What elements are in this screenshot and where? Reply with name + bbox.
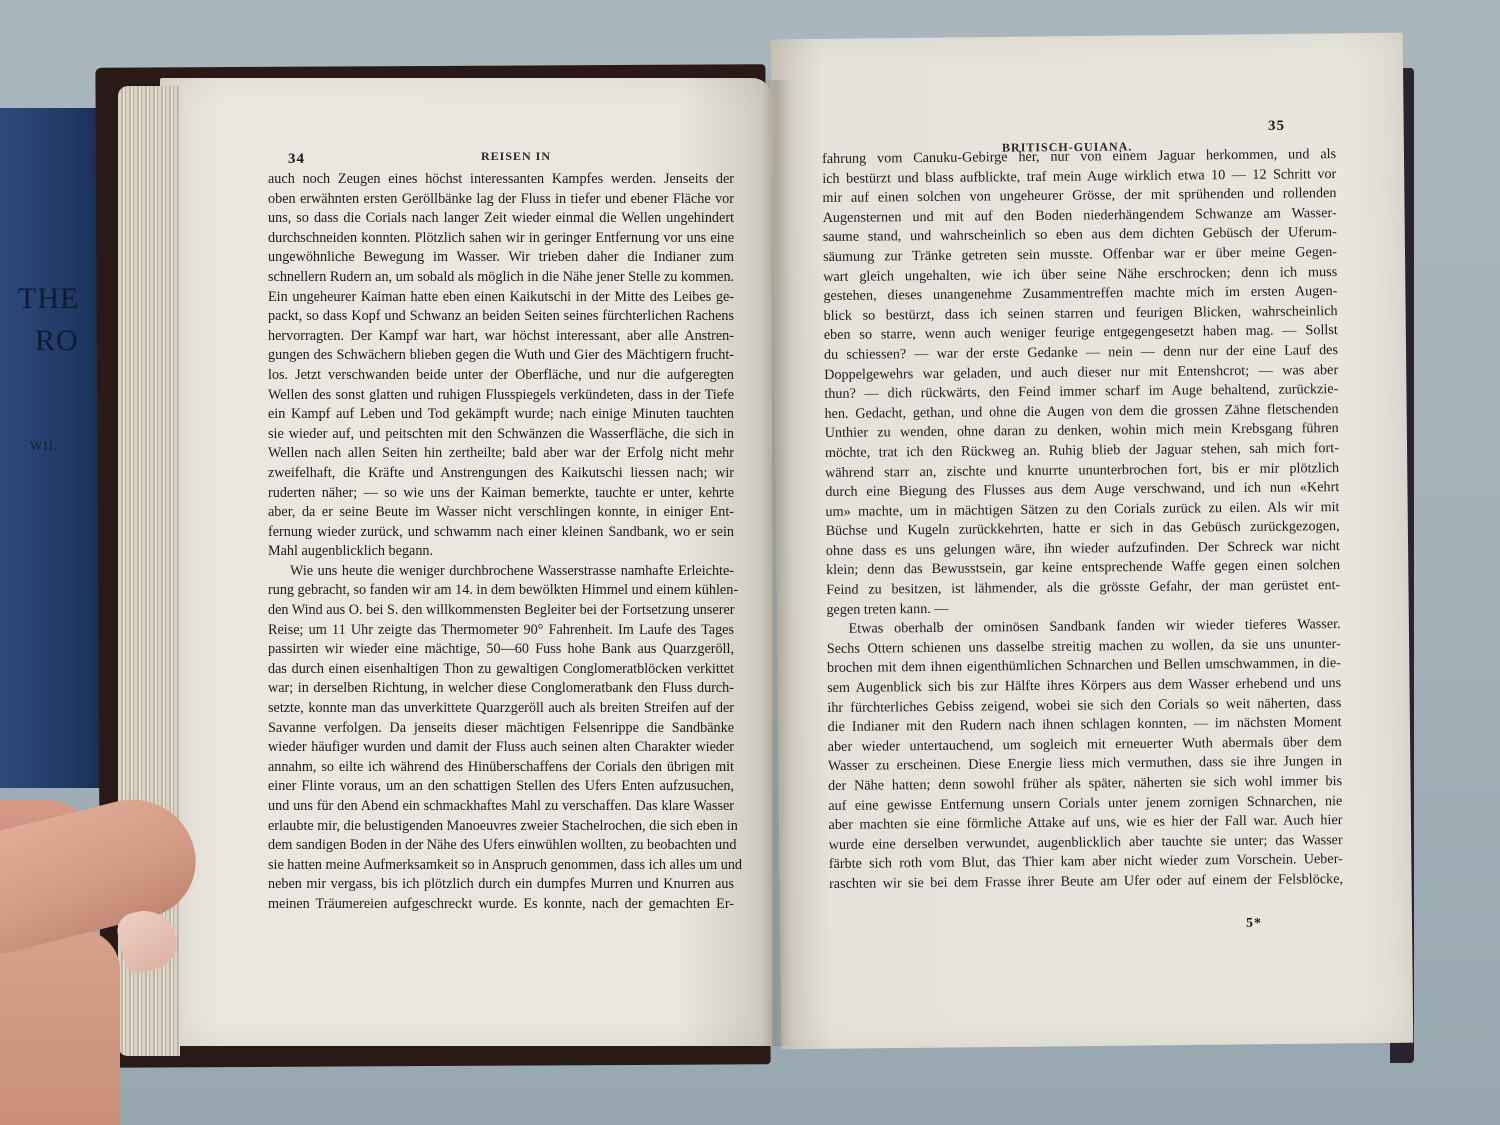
text-line: war; in derselben Richtung, in welcher d… [268, 679, 734, 699]
text-line: uns, so dass die Corials nach langer Zei… [268, 209, 734, 229]
blue-book-subtitle-fragment: WIL [30, 438, 58, 454]
text-line: passirten wir wieder eine mächtige, 50—6… [268, 640, 734, 660]
text-line: ruderten näher; — so wie uns der Kaiman … [268, 484, 734, 504]
text-line: sie hatten meine Aufmerksamkeit so in An… [268, 856, 734, 876]
left-page-number: 34 [288, 151, 305, 168]
text-line: Ein ungeheurer Kaiman hatte eben einen K… [268, 288, 734, 308]
blue-book-title-fragment: THE RO [18, 278, 79, 362]
text-line: durchschneiden konnten. Plötzlich sahen … [268, 229, 734, 249]
signature-mark: 5* [1246, 916, 1262, 932]
text-line: den Wind aus O. bei S. den willkommenste… [268, 601, 734, 621]
text-line: zweifelhaft, die Kräfte und Anstrengunge… [268, 464, 734, 484]
text-line: annahm, so eilte ich während des Hinüber… [268, 758, 734, 778]
text-line: ungewöhnliche Bewegung im Wasser. Wir tr… [268, 248, 734, 268]
text-line: meinen Träumereien aufgeschreckt wurde. … [268, 895, 734, 915]
palm [0, 930, 120, 1125]
left-page-body: auch noch Zeugen eines höchst interessan… [268, 170, 734, 915]
text-line: gungen des Schwächern blieben gegen die … [268, 346, 734, 366]
text-line: Savanne verfolgen. Da jenseits dieser mä… [268, 719, 734, 739]
text-line: auch noch Zeugen eines höchst interessan… [268, 170, 734, 190]
text-line: erlaubte mir, die belustigenden Manoeuvr… [268, 817, 734, 837]
text-line: und uns für den Abend ein schmackhaftes … [268, 797, 734, 817]
text-line: oben erwähnten ersten Geröllbänke lag de… [268, 190, 734, 210]
right-page-body: fahrung vom Canuku-Gebirge her, nur von … [822, 145, 1343, 894]
text-line: einer Flinte voraus, um an den schattige… [268, 777, 734, 797]
text-line: Wellen nach allen Seiten hin zertheilte;… [268, 444, 734, 464]
text-line: Reise; um 11 Uhr zeigte das Thermometer … [268, 621, 734, 641]
left-running-header: REISEN IN [481, 149, 551, 164]
text-line: ein Kampf auf Leben und Tod gekämpft wur… [268, 405, 734, 425]
text-line: hervorragten. Der Kampf war hart, war hö… [268, 327, 734, 347]
photo-scene: THE RO WIL 34 REISEN IN auch noch Zeugen… [0, 0, 1500, 1125]
text-line: Wellen des sonst glatten und ruhigen Flu… [268, 386, 734, 406]
text-line: fernung wieder zurück, und schwamm nach … [268, 523, 734, 543]
text-line: los. Jetzt verschwanden beide unter der … [268, 366, 734, 386]
paragraph-end-line: Mahl augenblicklich begann. [268, 542, 734, 562]
text-line: sie wieder auf, und peitschten mit den S… [268, 425, 734, 445]
text-line: packt, so dass Kopf und Schwanz an beide… [268, 307, 734, 327]
text-line: dem sandigen Boden in der Nähe des Ufers… [268, 836, 734, 856]
right-page-number: 35 [1268, 118, 1285, 135]
text-line: setzte, konnte man das unverkittete Quar… [268, 699, 734, 719]
text-line: neben mir vergass, bis ich plötzlich dur… [268, 875, 734, 895]
text-line: rung gebracht, so fanden wir am 14. in d… [268, 581, 734, 601]
text-line: wieder häufiger wurden und damit der Flu… [268, 738, 734, 758]
paragraph-start-line: Wie uns heute die weniger durchbrochene … [268, 562, 734, 582]
text-line: schnellern Rudern an, um sobald als mögl… [268, 268, 734, 288]
text-line: aber, da er seine Beute im Wasser nicht … [268, 503, 734, 523]
hand-holding-book [0, 780, 200, 1125]
book-gutter [762, 80, 792, 1046]
text-line: das durch einen eisenhaltigen Thon zu ge… [268, 660, 734, 680]
